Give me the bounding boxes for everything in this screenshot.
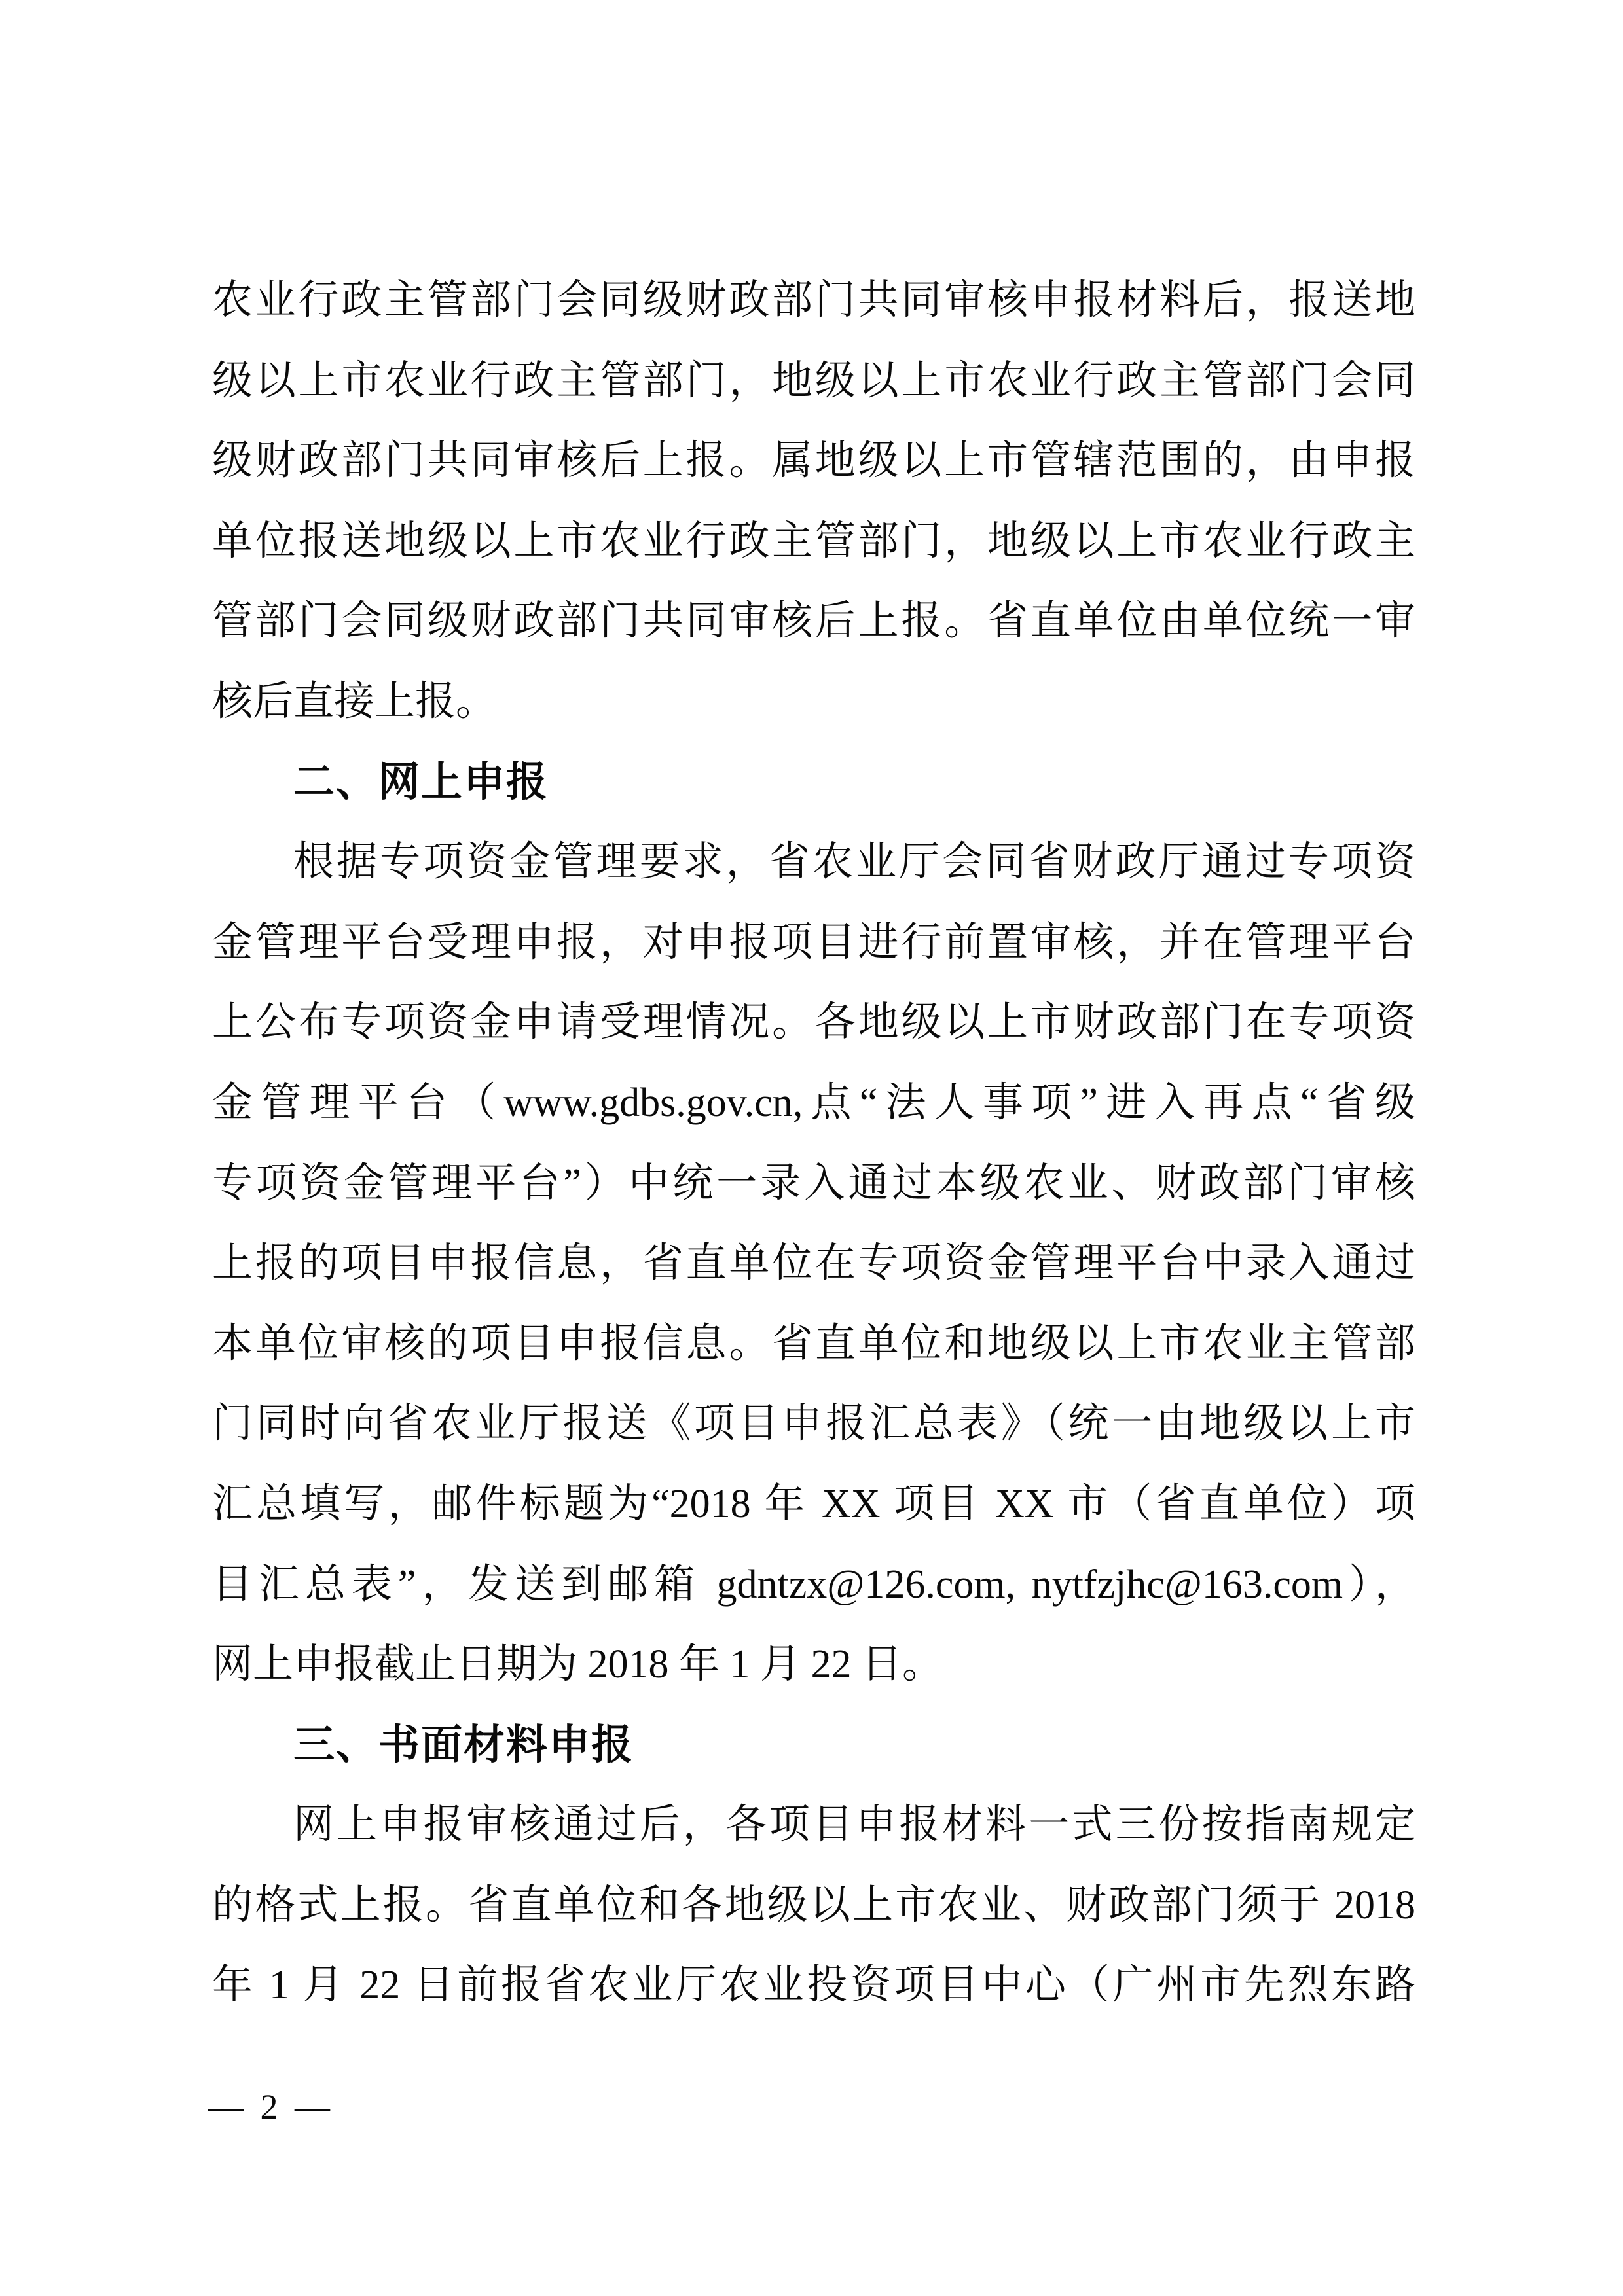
text-line: 级财政部门共同审核后上报。属地级以上市管辖范围的，由申报 — [212, 421, 1415, 501]
text-line: 三、书面材料申报 — [212, 1705, 1415, 1785]
text-line: 农业行政主管部门会同级财政部门共同审核申报材料后，报送地 — [212, 260, 1415, 341]
text-line: 级以上市农业行政主管部门，地级以上市农业行政主管部门会同 — [212, 341, 1415, 422]
text-line: 年 1 月 22 日前报省农业厅农业投资项目中心（广州市先烈东路 — [212, 1945, 1415, 2026]
page-number: — 2 — — [208, 2067, 334, 2147]
text-line: 的格式上报。省直单位和各地级以上市农业、财政部门须于 2018 — [212, 1865, 1415, 1946]
text-line: 金管理平台（www.gdbs.gov.cn,点“法人事项”进入再点“省级 — [212, 1063, 1415, 1143]
text-line: 二、网上申报 — [212, 742, 1415, 823]
text-line: 上公布专项资金申请受理情况。各地级以上市财政部门在专项资 — [212, 982, 1415, 1063]
text-line: 单位报送地级以上市农业行政主管部门，地级以上市农业行政主 — [212, 501, 1415, 582]
text-line: 目汇总表”，发送到邮箱 gdntzx@126.com, nytfzjhc@163… — [212, 1545, 1415, 1625]
text-line: 金管理平台受理申报，对申报项目进行前置审核，并在管理平台 — [212, 903, 1415, 983]
document-page: 农业行政主管部门会同级财政部门共同审核申报材料后，报送地级以上市农业行政主管部门… — [0, 0, 1623, 2296]
text-line: 汇总填写，邮件标题为“2018 年 XX 项目 XX 市（省直单位）项 — [212, 1464, 1415, 1545]
text-line: 本单位审核的项目申报信息。省直单位和地级以上市农业主管部 — [212, 1304, 1415, 1384]
text-line: 专项资金管理平台”）中统一录入通过本级农业、财政部门审核 — [212, 1143, 1415, 1224]
document-body: 农业行政主管部门会同级财政部门共同审核申报材料后，报送地级以上市农业行政主管部门… — [212, 260, 1415, 2026]
text-line: 网上申报审核通过后，各项目申报材料一式三份按指南规定 — [212, 1785, 1415, 1865]
text-line: 网上申报截止日期为 2018 年 1 月 22 日。 — [212, 1624, 1415, 1705]
text-line: 核后直接上报。 — [212, 662, 1415, 742]
text-line: 根据专项资金管理要求，省农业厅会同省财政厅通过专项资 — [212, 822, 1415, 903]
text-line: 上报的项目申报信息，省直单位在专项资金管理平台中录入通过 — [212, 1223, 1415, 1304]
text-line: 管部门会同级财政部门共同审核后上报。省直单位由单位统一审 — [212, 581, 1415, 662]
text-line: 门同时向省农业厅报送《项目申报汇总表》（统一由地级以上市 — [212, 1384, 1415, 1464]
